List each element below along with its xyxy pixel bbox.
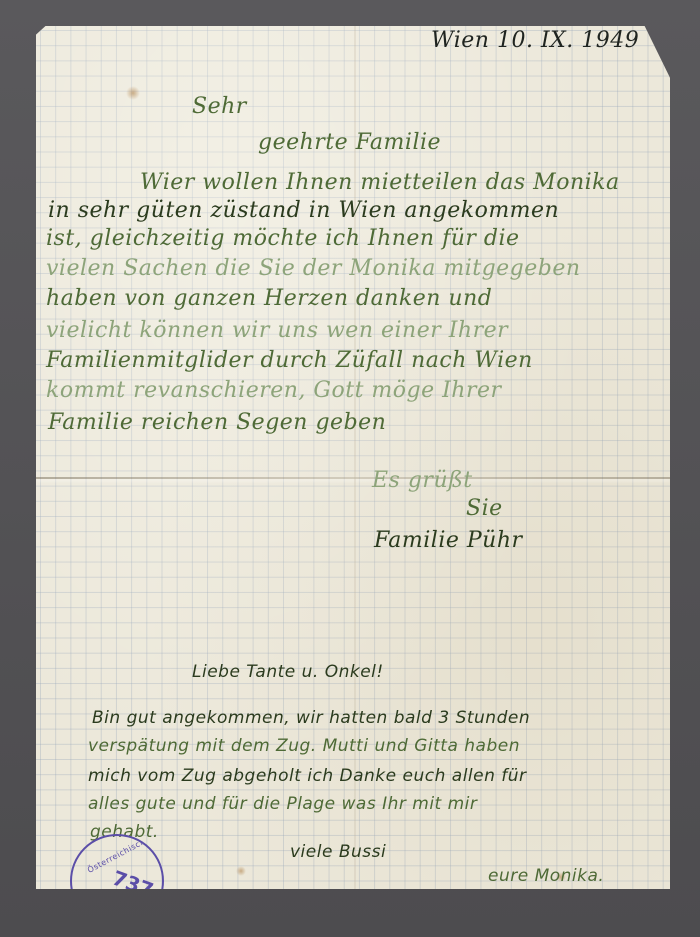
letter-paper: Wien 10. IX. 1949 Sehr geehrte Familie W… — [36, 26, 670, 889]
date-line: Wien 10. IX. 1949 — [431, 28, 639, 53]
body-line-2: mich vom Zug abgeholt ich Danke euch all… — [88, 766, 527, 786]
body-line: Familienmitglider durch Züfall nach Wien — [46, 348, 533, 373]
body-line-2: alles gute und für die Plage was Ihr mit… — [88, 794, 477, 814]
body-line: vielen Sachen die Sie der Monika mitgege… — [46, 256, 581, 281]
body-line-2: verspätung mit dem Zug. Mutti und Gitta … — [88, 736, 520, 756]
stamp-number: 737 — [109, 866, 156, 903]
salutation-line-1: Sehr — [192, 94, 247, 119]
body-line: in sehr güten züstand in Wien angekommen — [48, 198, 559, 223]
body-line: Familie reichen Segen geben — [48, 410, 386, 435]
second-salutation: Liebe Tante u. Onkel! — [192, 662, 384, 682]
signature-monika: eure Monika. — [488, 866, 604, 886]
body-line-2: Bin gut angekommen, wir hatten bald 3 St… — [92, 708, 530, 728]
signature-family: Familie Pühr — [374, 528, 523, 553]
body-line: Wier wollen Ihnen mietteilen das Monika — [140, 170, 620, 195]
body-line: haben von ganzen Herzen danken und — [46, 286, 492, 311]
body-line: kommt revanschieren, Gott möge Ihrer — [46, 378, 502, 403]
stain-spot — [236, 866, 246, 876]
official-stamp: Österreichische 737 — [70, 834, 164, 928]
closing-line-2: Sie — [466, 496, 503, 521]
stain-spot — [126, 86, 140, 100]
body-line: vielicht können wir uns wen einer Ihrer — [46, 318, 508, 343]
body-line: ist, gleichzeitig möchte ich Ihnen für d… — [46, 226, 520, 251]
vertical-fold-crease — [354, 26, 356, 889]
horizontal-fold-crease — [36, 477, 670, 479]
closing-kisses: viele Bussi — [290, 842, 386, 862]
closing-line-1: Es grüßt — [372, 468, 473, 493]
salutation-line-2: geehrte Familie — [258, 130, 441, 155]
